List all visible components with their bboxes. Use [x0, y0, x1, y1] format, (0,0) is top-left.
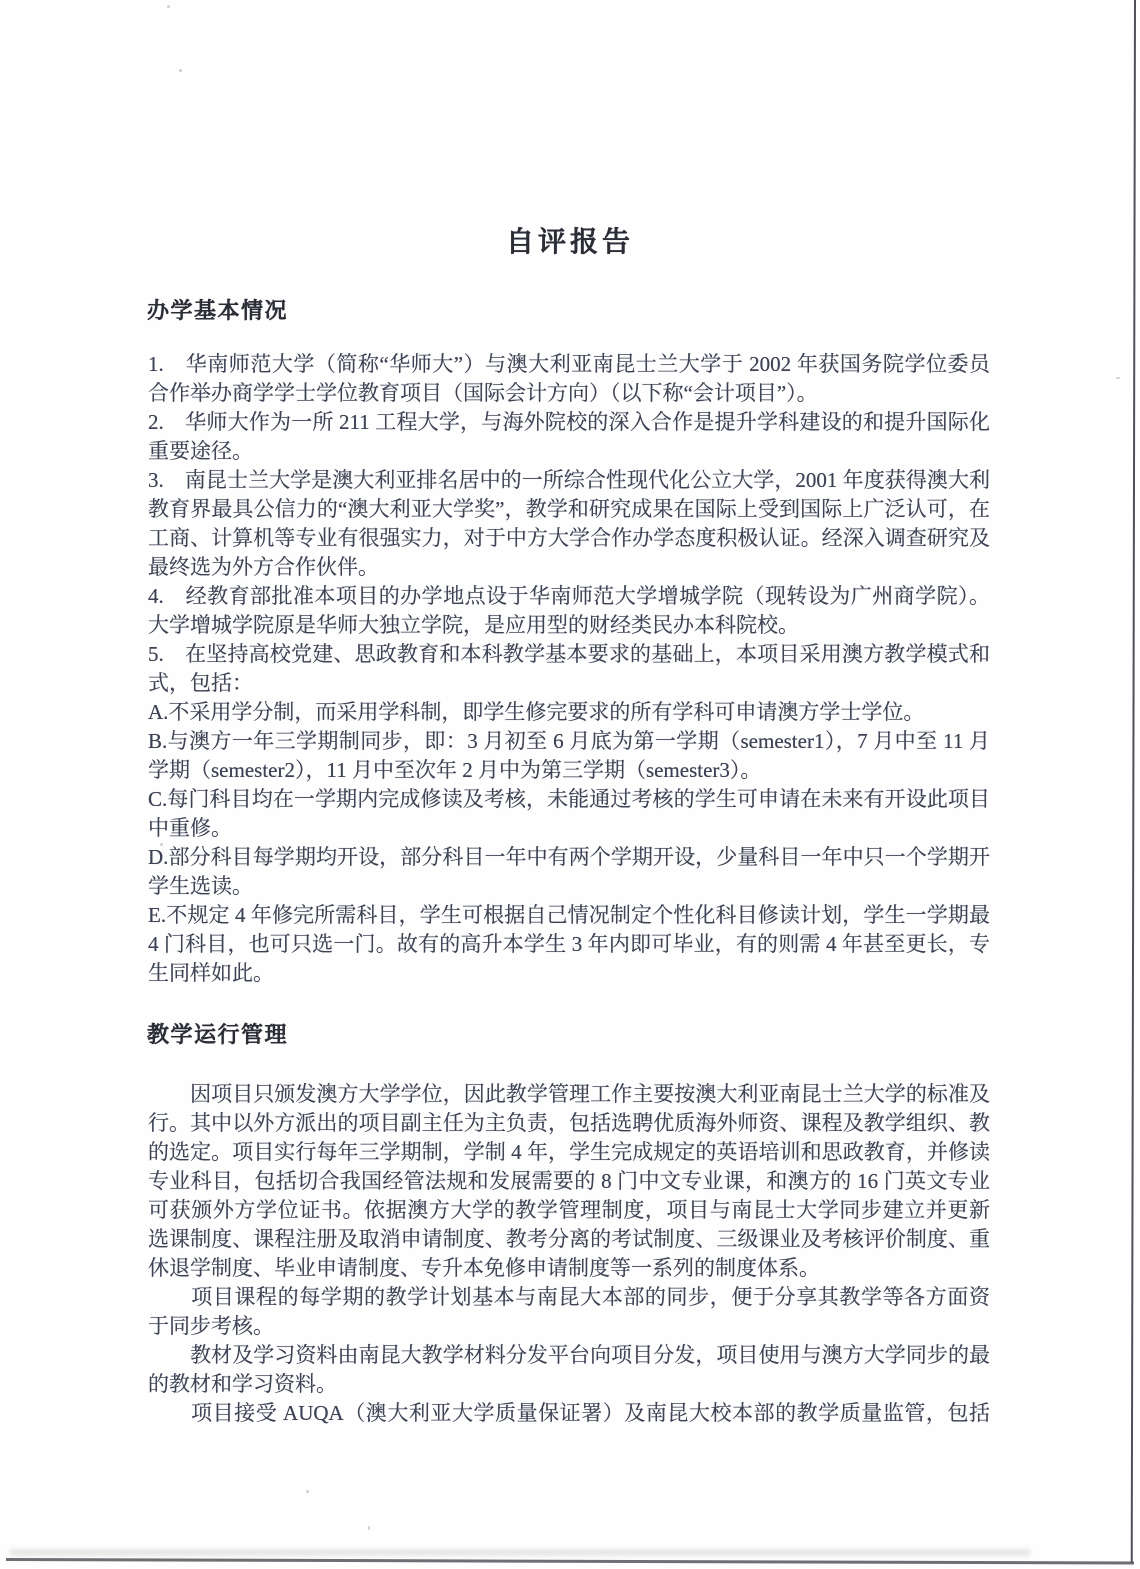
text-line: 2. 华师大作为一所 211 工程大学，与海外院校的深入合作是提升学科建设的和提…	[148, 408, 990, 437]
section-basic-info-body: 1. 华南师范大学（简称“华师大”）与澳大利亚南昆士兰大学于 2002 年获国务…	[148, 350, 990, 988]
text-line: 合作举办商学学士学位教育项目（国际会计方向）（以下称“会计项目”）。	[148, 379, 990, 408]
section-heading-basic-info: 办学基本情况	[147, 294, 288, 325]
text-line: 因项目只颁发澳方大学学位，因此教学管理工作主要按澳大利亚南昆士兰大学的标准及规范…	[148, 1080, 990, 1109]
text-line: 4 门科目，也可只选一门。故有的高升本学生 3 年内即可毕业，有的则需 4 年甚…	[148, 930, 990, 959]
text-line: 5. 在坚持高校党建、思政教育和本科教学基本要求的基础上，本项目采用澳方教学模式…	[148, 640, 990, 669]
scan-speck	[306, 1490, 309, 1493]
scan-speck	[160, 843, 163, 846]
text-line: 的选定。项目实行每年三学期制，学制 4 年，学生完成规定的英语培训和思政教育，并…	[148, 1138, 990, 1167]
text-line: 项目接受 AUQA（澳大利亚大学质量保证署）及南昆大校本部的教学质量监管，包括学…	[148, 1399, 990, 1428]
text-line: 可获颁外方学位证书。依据澳方大学的教学管理制度，项目与南昆士大学同步建立并更新了…	[148, 1196, 990, 1225]
document-title: 自评报告	[0, 220, 1140, 260]
text-line: 项目课程的每学期的教学计划基本与南昆大本部的同步，便于分享其教学等各方面资源，也…	[148, 1283, 990, 1312]
text-line: 教育界最具公信力的“澳大利亚大学奖”，教学和研究成果在国际上受到国际上广泛认可，…	[148, 495, 990, 524]
text-line: 休退学制度、毕业申请制度、专升本免修申请制度等一系列的制度体系。	[148, 1254, 990, 1283]
scan-speck	[368, 1526, 370, 1530]
text-line: 最终选为外方合作伙伴。	[148, 553, 990, 582]
scanned-document-page: 自评报告 办学基本情况 1. 华南师范大学（简称“华师大”）与澳大利亚南昆士兰大…	[0, 0, 1140, 1569]
text-line: D.部分科目每学期均开设，部分科目一年中有两个学期开设，少量科目一年中只一个学期…	[148, 843, 990, 872]
scan-speck	[167, 5, 170, 8]
text-line: 学生选读。	[148, 872, 990, 901]
text-line: 式，包括：	[148, 669, 990, 698]
text-line: 专业科目，包括切合我国经管法规和发展需要的 8 门中文专业课，和澳方的 16 门…	[148, 1167, 990, 1196]
text-line: 大学增城学院原是华师大独立学院，是应用型的财经类民办本科院校。	[148, 611, 990, 640]
text-line: 3. 南昆士兰大学是澳大利亚排名居中的一所综合性现代化公立大学，2001 年度获…	[148, 466, 990, 495]
text-line: 学期（semester2），11 月中至次年 2 月中为第三学期（semeste…	[148, 756, 990, 785]
text-line: 于同步考核。	[148, 1312, 990, 1341]
text-line: 中重修。	[148, 814, 990, 843]
text-line: 教材及学习资料由南昆大教学材料分发平台向项目分发，项目使用与澳方大学同步的最新版…	[148, 1341, 990, 1370]
text-line: 的教材和学习资料。	[148, 1370, 990, 1399]
section-teaching-management-body: 因项目只颁发澳方大学学位，因此教学管理工作主要按澳大利亚南昆士兰大学的标准及规范…	[148, 1080, 990, 1428]
scan-smudge	[10, 1549, 1030, 1556]
text-line: 选课制度、课程注册及取消申请制度、教考分离的考试制度、三级课业及考核评价制度、重…	[148, 1225, 990, 1254]
text-line: 生同样如此。	[148, 959, 990, 988]
text-line: B.与澳方一年三学期制同步，即：3 月初至 6 月底为第一学期（semester…	[148, 727, 990, 756]
text-line: E.不规定 4 年修完所需科目，学生可根据自己情况制定个性化科目修读计划，学生一…	[148, 901, 990, 930]
page-edge-line-bottom	[6, 1558, 1134, 1565]
scan-speck	[179, 69, 182, 72]
section-heading-teaching-management: 教学运行管理	[147, 1018, 288, 1049]
scan-speck	[1116, 377, 1120, 379]
text-line: 1. 华南师范大学（简称“华师大”）与澳大利亚南昆士兰大学于 2002 年获国务…	[148, 350, 990, 379]
text-line: 4. 经教育部批准本项目的办学地点设于华南师范大学增城学院（现转设为广州商学院）…	[148, 582, 990, 611]
text-line: 重要途径。	[148, 437, 990, 466]
text-line: 行。其中以外方派出的项目副主任为主负责，包括选聘优质海外师资、课程及教学组织、教…	[148, 1109, 990, 1138]
text-line: C.每门科目均在一学期内完成修读及考核，未能通过考核的学生可申请在未来有开设此项…	[148, 785, 990, 814]
text-line: A.不采用学分制，而采用学科制，即学生修完要求的所有学科可申请澳方学士学位。	[148, 698, 990, 727]
text-line: 工商、计算机等专业有很强实力，对于中方大学合作办学态度积极认证。经深入调查研究及…	[148, 524, 990, 553]
